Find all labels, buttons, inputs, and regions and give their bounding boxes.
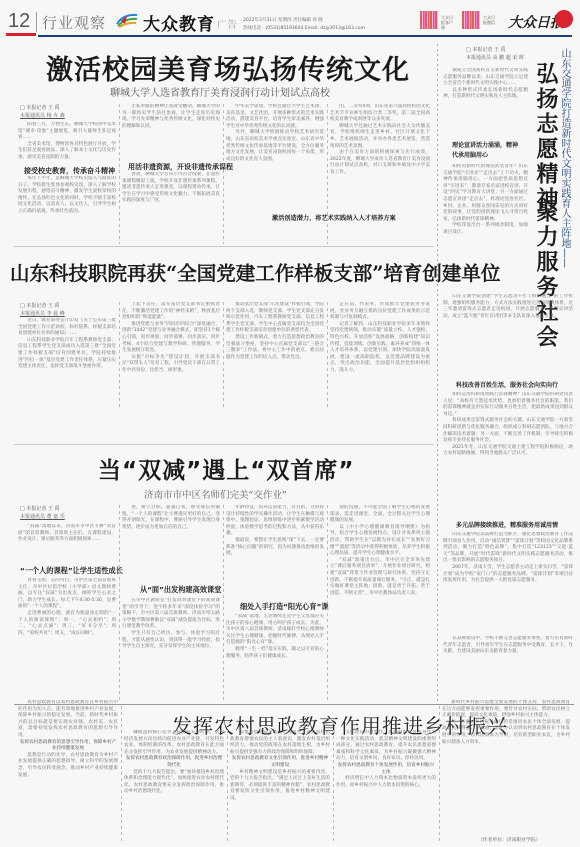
article-body-column: “双减”落地以来，济南市市中区专耕“双首席”的首席教师、首席班主任们，在课程建设…	[18, 524, 116, 564]
headline-volunteer-1: 弘扬志愿精神	[530, 62, 561, 212]
headline-double-reduction: 当“双减”遇上“双首席”	[98, 452, 354, 485]
article-body-column: 春夜，聊城大学音乐厅内古音绕梁，非遗传承课程精彩上演。学校开设非遗传承系列课程，…	[122, 172, 220, 244]
subhead-double-1: “一个人的课程”让学生适性成长	[20, 566, 123, 576]
newspaper-page: 12 行业观察 大众教育 广告 2022年3月31日 星期四 责任编辑 孙 晓 …	[0, 0, 580, 847]
ad-label: 广告	[217, 16, 237, 31]
column-divider	[223, 302, 224, 410]
article-body-column: 惑，树立目标，超越自我，感受成长的愉悦。“一个人的课程”让小曹遇见更好的自己，变…	[122, 505, 220, 559]
headline-party-branch: 山东科技职院再获“全国党建工作样板支部”培育创建单位	[10, 258, 500, 286]
column-divider	[439, 706, 440, 842]
author-note-rural: （作者单位：济南职业学院）	[478, 836, 540, 843]
page-number-underline	[6, 33, 36, 36]
article-body-column: 现的沟通，不可能全面了解学生心理的发展需求，需走进课堂、全面、全过程关注学生心理…	[330, 505, 430, 702]
article-body-column: 每年下半年，是聊城大学校史馆入气最旺的日子。学校新生集体参观校史馆，深入了解学校…	[18, 176, 116, 244]
article-body-column: 年龄特征，培养运算能力，有目的、分阶段设计持续性的学具操作活动，让学生在触摸与观…	[226, 505, 324, 597]
subhead-campus-1: 接受校史教育，传承奋斗精神	[24, 166, 115, 176]
subhead-volunteer-2: 科技改善百姓生活，服务社会向实向行	[456, 380, 558, 389]
subheadline-double-reduction: 济南市市中区名师们完美“交作业”	[144, 487, 287, 501]
byline-campus-art: □ 本报记者 王 禹 本报通讯员 杨 卉 森	[20, 104, 65, 120]
byline-correspondent: 本报通讯员 李 晨 峰	[20, 310, 65, 318]
sidebar-divider	[437, 44, 438, 704]
column-divider	[121, 706, 122, 842]
page-header: 12 行业观察 大众教育 广告 2022年3月31日 星期四 责任编辑 孙 晓 …	[0, 0, 580, 36]
byline-correspondent: 本报通讯员 董 嘉 乐	[20, 513, 65, 521]
byline-reporter: □ 本报记者 王 禹	[20, 104, 65, 112]
byline-volunteer: □ 本报记者 王 禹 本报通讯员 高 鹏 超 宋 晖	[466, 46, 526, 62]
date-editor-line: 2022年3月31日 星期四 责任编辑 孙 晓	[243, 17, 323, 23]
article-body-column: 骤收益和核心竞争力转型的关键时期，农村经济发展方向也转向促进农业产业链、开发特色…	[124, 730, 224, 842]
column-divider	[223, 505, 224, 700]
brand-logo-icon	[115, 12, 139, 28]
article-body-column: 无私奉献的精神让我深受触动。聊城大学的另一职校史学生前往参观，让学生走进历史现场…	[122, 104, 220, 159]
section-name: 行业观察	[42, 12, 106, 33]
qr-caption: 大众日报客户端	[441, 15, 455, 30]
subhead-volunteer-3: 多元品牌接续推进，精准服务用诚用情	[456, 520, 558, 529]
contact-line: 热线电话：(0531)85193644 Email: dzjy3013@163.…	[243, 25, 365, 31]
brand-name: 大众教育	[143, 10, 215, 35]
subhead-rural-4: 发挥农村思政教育个体发展作用，培育乡村振兴主体	[336, 763, 436, 776]
byline-correspondent: 本报通讯员 杨 卉 森	[20, 112, 65, 120]
column-divider	[327, 104, 328, 244]
article-body-column: 山东交通学院以品牌打造为抓手，强化思想政治教育工作品牌引领育人作用，启动“诚信筑…	[443, 532, 573, 636]
article-body-column: 走在前，作表率，形成抓牢党建促业务发展，业业务互融互推的良好党建工作成果的示范机…	[330, 302, 430, 410]
qr-code-icon[interactable]	[462, 11, 480, 29]
column-divider	[223, 104, 224, 244]
article-divider	[14, 246, 434, 247]
article-body-column: 需要思想意识与基层治理同步，通过农村思政教育增强农民的主人翁意识，激发农村基层组…	[230, 730, 330, 842]
column-divider	[119, 505, 120, 700]
article-body-column: 文明建设的重要性，思想政治教育本身作为一种文化实践活动，就是精神文明建设的重要组…	[336, 730, 436, 842]
byline-party-branch: □ 本报记者 王 禹 本报通讯员 李 晨 峰	[20, 302, 65, 318]
page-number: 12	[8, 10, 30, 33]
byline-reporter: □ 本报记者 王 禹	[466, 46, 526, 54]
header-divider	[36, 12, 37, 32]
subhead-double-2: 从“面”出发构建高效课堂	[140, 585, 221, 595]
headline-campus-art: 激活校园美育场弘扬传统文化	[46, 48, 410, 87]
column-divider	[327, 302, 328, 410]
qr-code-icon[interactable]	[420, 11, 438, 29]
article-body-column: 上起下贯任，落实基层党支部书记重抓责任，不断激活党建工作的“神经末梢”，释放基层…	[122, 302, 220, 410]
article-body-column: 如何用新时代的理论武装青年？山东交通学院“引进来”“走出去”上下功夫，精神传承用…	[443, 164, 528, 294]
subhead-rural-3: 发挥农村思政教育文化引领作用，推进乡村精神文明建设	[230, 756, 330, 769]
byline-reporter: □ 本报记者 王 禹	[20, 505, 65, 513]
article-body-column: 在品牌建设中，学校不断完善志愿服务体系，着力培育新时代青年志愿者，引导青年学生在…	[443, 636, 573, 702]
subheadline-campus-art: 聊城大学人选省教育厅美育浸润行动计划试点高校	[110, 84, 330, 99]
article-body-column: 推动基层党支部“示范建设”样板引领，学院两个支部入选，教师党支部、学生党支部充分…	[226, 302, 324, 410]
article-body-column: 如何运用科研成果践行雷锋精神？山东交通学院科研处负责人说：“高校有天然技术优势，…	[443, 392, 573, 486]
byline-double-reduction: □ 本报记者 王 禹 本报通讯员 董 嘉 乐	[20, 505, 65, 521]
byline-reporter: □ 本报记者 王 禹	[20, 302, 65, 310]
byline-correspondent: 本报通讯员 高 鹏 超 宋 晖	[466, 54, 526, 62]
body-paragraph: 做成立全国高校首支新时代文明实践志愿服务品牌以来，山东交通学院立足建立全省首个新…	[443, 68, 528, 88]
article-body-column: 山东交通学院创建“学生志愿者+社工组织融合”的工作机制，建强组织服务能力，方式方…	[443, 294, 573, 368]
body-paragraph: 近日，教育部办公厅印发《关于公布第三批全国党建工作示范高校、标杆院系、样板支部培…	[18, 318, 116, 338]
qr-caption: 大众日报微信	[483, 15, 497, 25]
article-body-column: 在市中区教研室“打造高效课堂下的高效课堂”的引导下，金字校多年来“深度体验学习”…	[122, 598, 220, 698]
article-body-column: 近日，教育部办公厅印发《关于公布第三批全国党建工作示范高校、标杆院系、样板支部培…	[18, 318, 116, 410]
article-body-column: 做成立全国高校首支新时代文明实践志愿服务品牌以来，山东交通学院立足建立全省首个新…	[443, 68, 528, 130]
column-divider	[119, 302, 120, 410]
article-body-column: 农村思政教育以农村思政教育在乡村振兴中的作用为切入点，能有效地推进乡村产业发展，…	[18, 700, 118, 840]
article-body-column: 新时代乡村振兴需要全面发展的个体支持，农村思政教育在这方面能够发挥重要作用，要针…	[442, 700, 570, 836]
paper-emblem-icon	[555, 10, 573, 28]
header-rule	[38, 35, 572, 37]
subhead-double-3: 细处入手打造“阳光心育”课	[240, 602, 329, 612]
subhead-volunteer-1: 理论宣讲活力涌涌，精神代承用脑用心	[452, 141, 522, 161]
article-body-column: 青春飞扬，志同笃行。市中区第七届首席班主任、市中区拉馆学校（小学部）语文教师曹丽…	[18, 578, 116, 698]
body-paragraph: 阳春三月，万物生长。聊城大学校园中美术馆“城市·印象”主题展览，吸引大量师生驻足…	[18, 122, 116, 142]
column-divider	[327, 505, 328, 700]
subhead-rural-1: 发挥农村思政教育的思想引导作用，保障乡村产业持续健康发展	[18, 740, 118, 753]
subhead-rural-2: 发挥农村思政教育政治保障作用，促进乡村治理现代化	[124, 756, 224, 769]
column-divider	[227, 730, 228, 842]
article-body-column: “双减”落地，无论教师还是学生父母都应关注孩子的身心健康，用心呵护孩子成长。为此…	[226, 614, 324, 702]
column-divider	[119, 104, 120, 244]
body-paragraph: “双减”落地以来，济南市市中区专耕“双首席”的首席教师、首席班主任们，在课程建设…	[18, 524, 116, 544]
article-body-column: 团、二等奖4项，山东省第六届高校校园文化艺术节专业师生组综合类二等奖，第二届全国…	[330, 104, 430, 244]
column-divider	[333, 730, 334, 842]
subhead-campus-2: 用活非遗资源，开设非遗传承课程	[128, 162, 233, 172]
article-divider	[14, 444, 434, 445]
